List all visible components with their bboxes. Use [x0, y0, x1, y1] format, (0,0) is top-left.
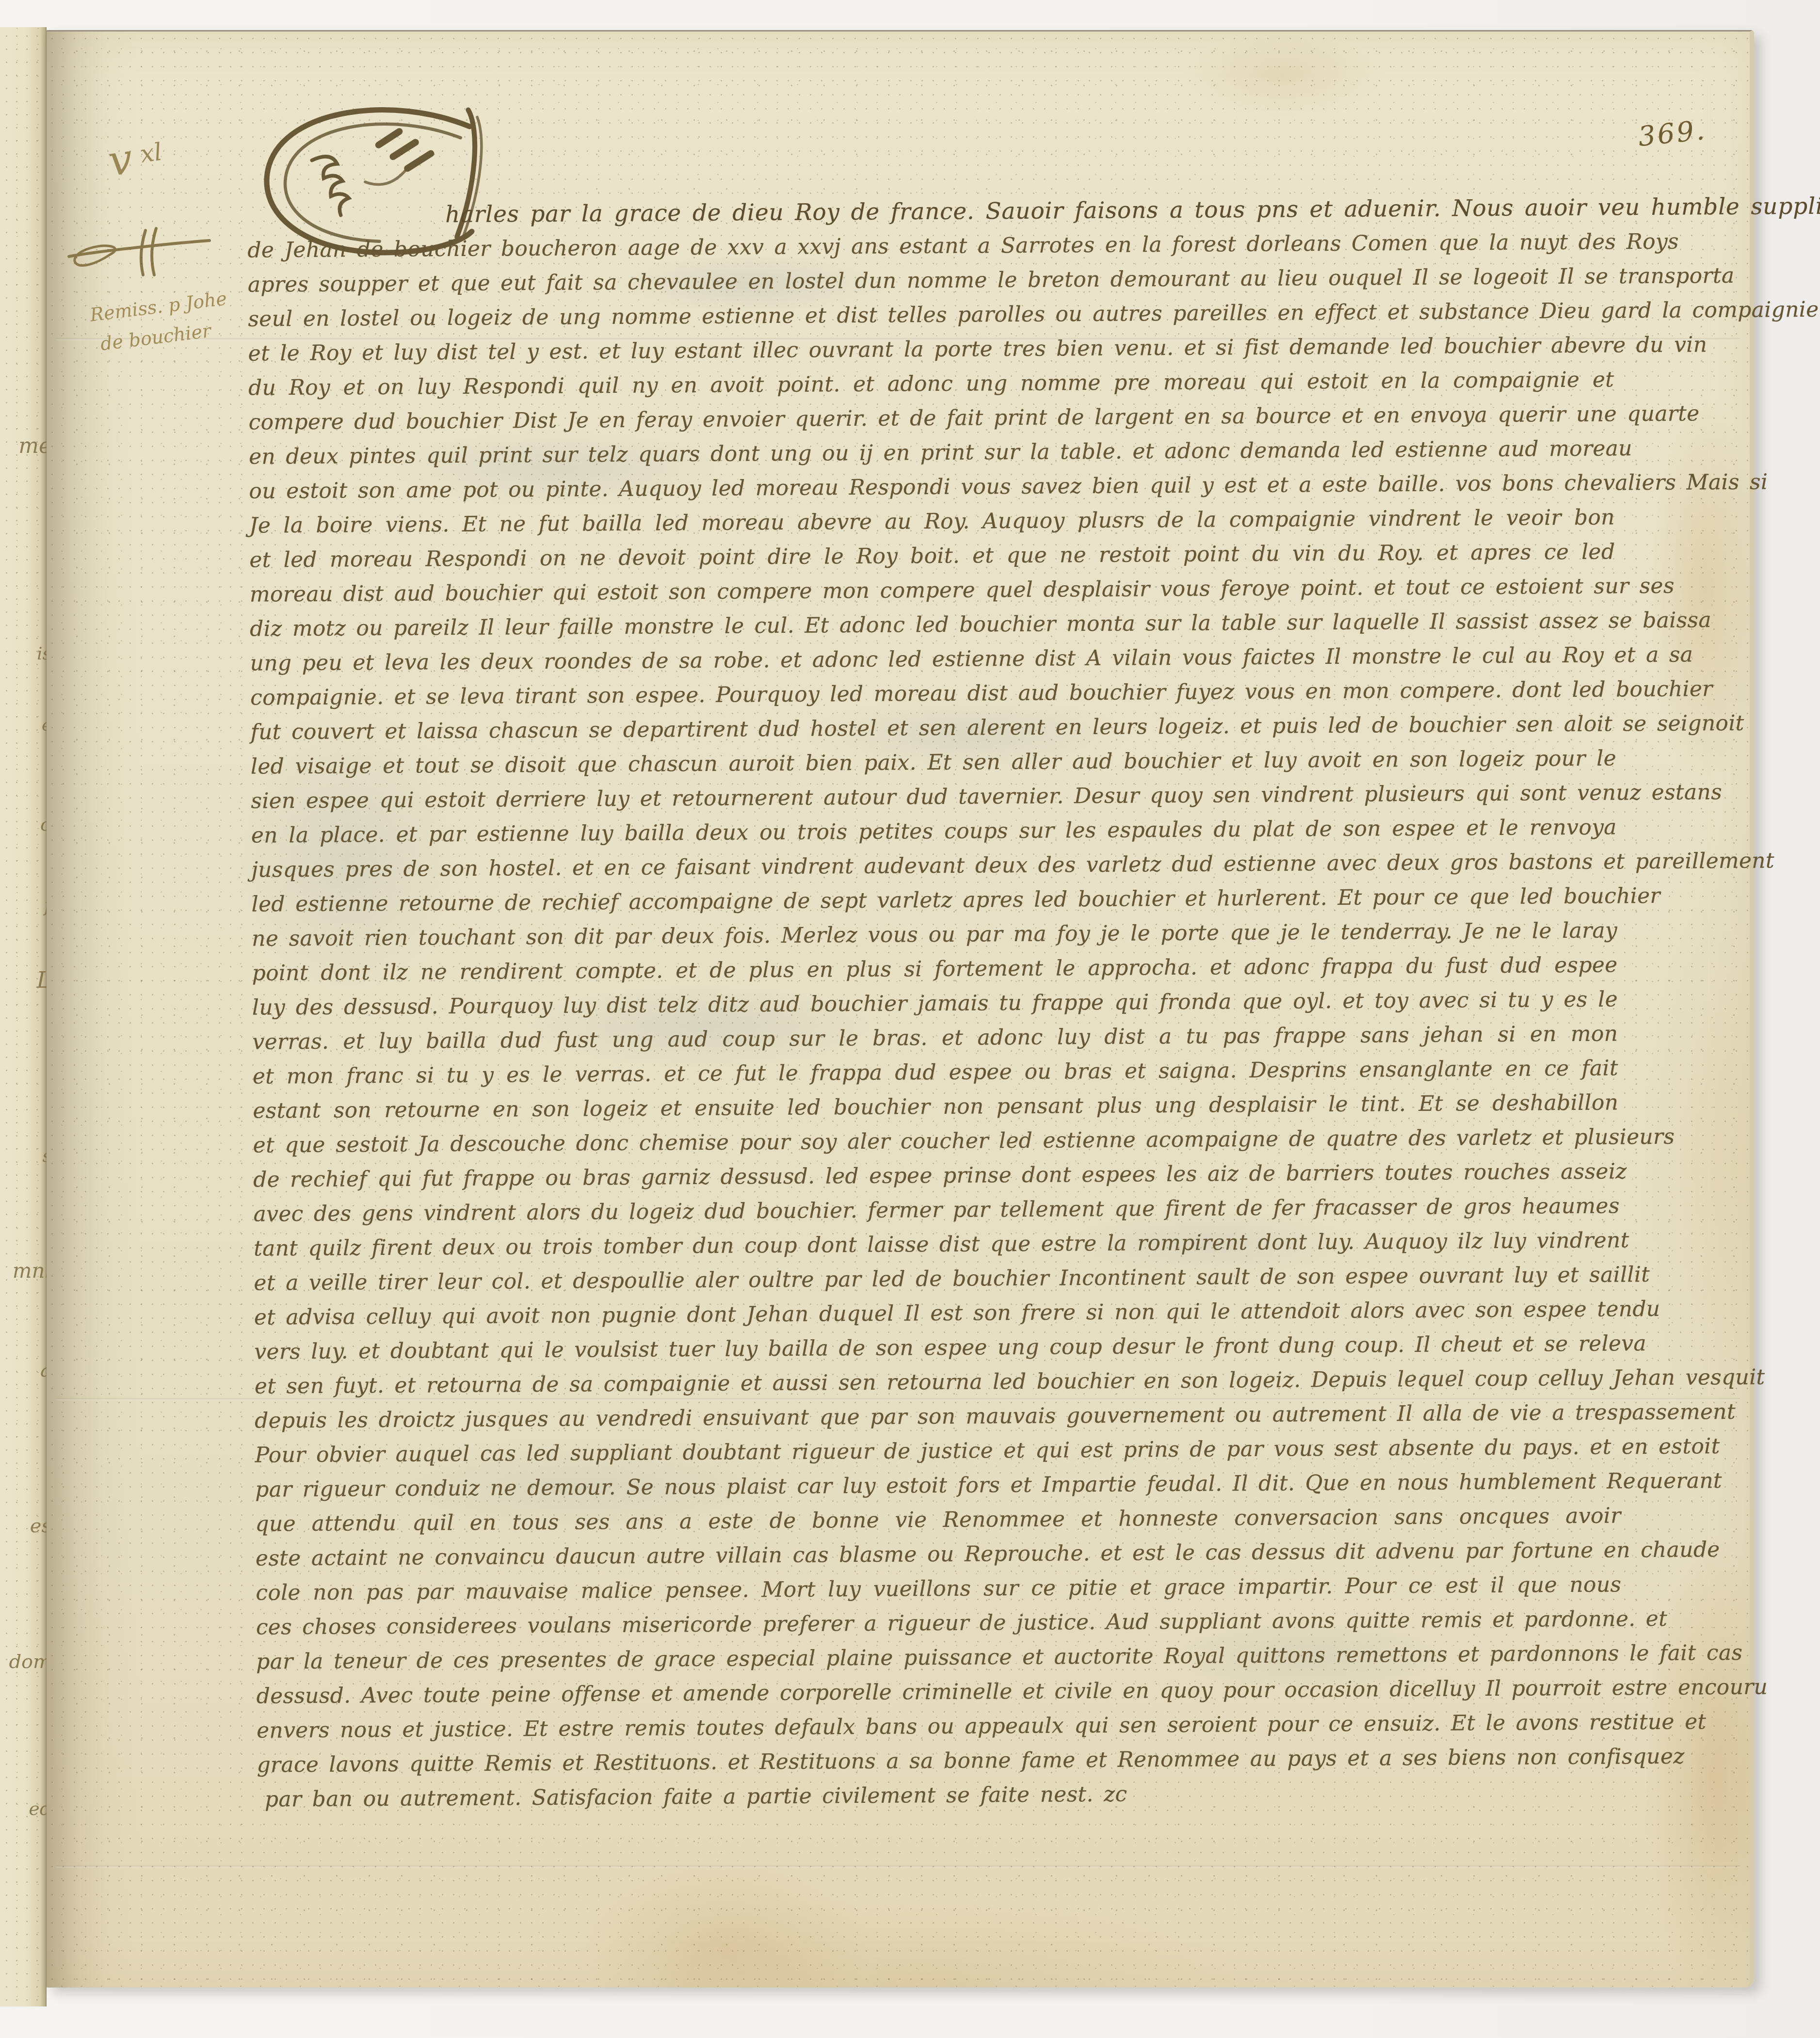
paraph-mark [64, 225, 214, 283]
facing-page-edge: meiseoſLsmnlaesdomed [0, 27, 47, 2006]
margin-mark: vxl [106, 134, 165, 183]
margin-mark-numeral: xl [139, 138, 164, 169]
folio-number: 369. [1637, 114, 1708, 153]
edge-text-fragment: me [18, 433, 47, 458]
edge-text-fragment: dom [9, 1651, 47, 1673]
manuscript-photo: { "page": { "folio_number": "369.", "ini… [0, 0, 1820, 2038]
edge-text-fragment: ed [29, 1798, 47, 1819]
fold-crease [56, 1865, 1740, 1868]
paraph-flourish [64, 225, 214, 283]
edge-text-fragment: a [40, 1360, 47, 1381]
edge-text-fragment: e [42, 716, 47, 735]
manuscript-text-block: harles par la grace de dieu Roy de franc… [247, 190, 1623, 1816]
edge-text-fragment: L [36, 967, 47, 993]
manuscript-page: 369. C vxl Remiss. p Johe de bouchier [47, 30, 1754, 1988]
edge-text-fragment: o [40, 814, 47, 835]
edge-text-fragment: es [30, 1515, 47, 1537]
edge-text-fragment: is [37, 644, 47, 664]
edge-text-fragment: s [43, 1146, 47, 1166]
edge-text-fragment: mnl [13, 1259, 47, 1283]
